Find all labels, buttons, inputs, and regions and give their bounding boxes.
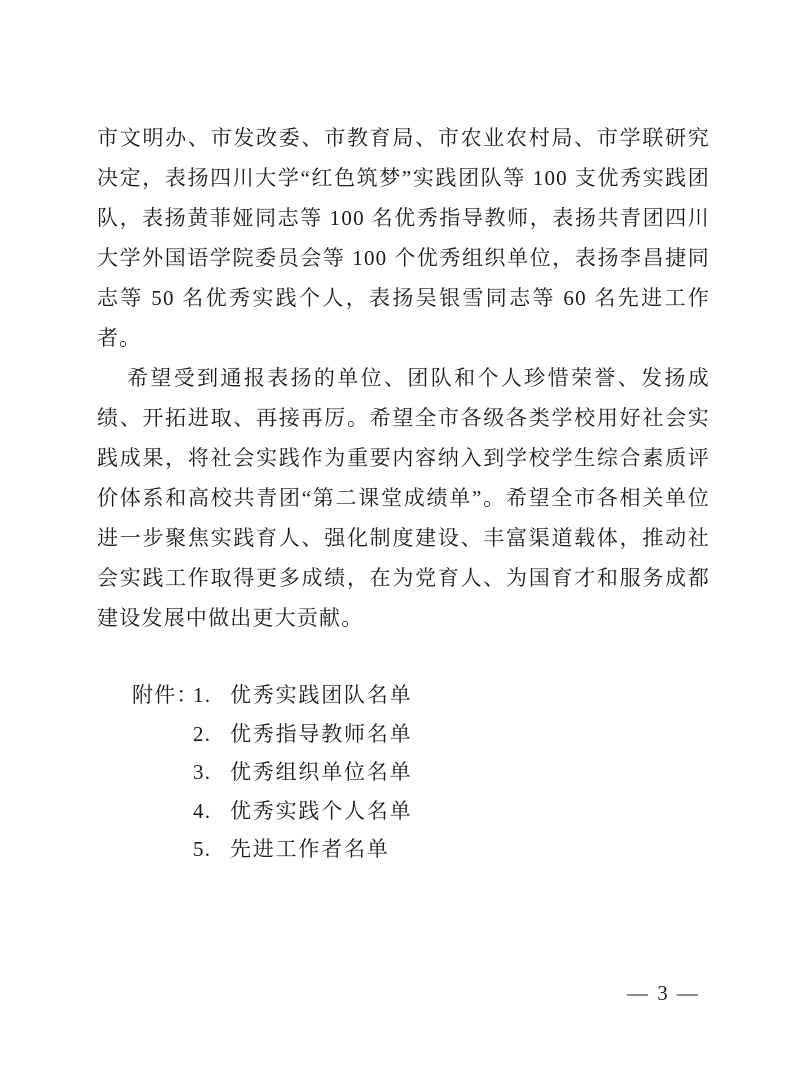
attachment-number: 5.: [193, 830, 230, 869]
document-body: 市文明办、市发改委、市教育局、市农业农村局、市学联研究决定，表扬四川大学“红色筑…: [97, 118, 710, 869]
attachment-title: 优秀实践个人名单: [230, 792, 710, 831]
attachment-title: 优秀实践团队名单: [230, 676, 710, 715]
attachment-item: 4. 优秀实践个人名单: [97, 792, 710, 831]
attachment-number: 4.: [193, 792, 230, 831]
attachment-title: 先进工作者名单: [230, 830, 710, 869]
paragraph-hope-statement: 希望受到通报表扬的单位、团队和个人珍惜荣誉、发扬成绩、开拓进取、再接再厉。希望全…: [97, 358, 710, 638]
attachments-label: 附件：: [132, 676, 193, 715]
paragraph-commendation-list: 市文明办、市发改委、市教育局、市农业农村局、市学联研究决定，表扬四川大学“红色筑…: [97, 118, 710, 358]
attachment-item: 5. 先进工作者名单: [97, 830, 710, 869]
attachment-item: 2. 优秀指导教师名单: [97, 715, 710, 754]
page-number: — 3 —: [627, 981, 700, 1006]
attachment-item: 3. 优秀组织单位名单: [97, 753, 710, 792]
attachment-number: 3.: [193, 753, 230, 792]
attachments-list: 附件： 1. 优秀实践团队名单 2. 优秀指导教师名单 3. 优秀组织单位名单 …: [97, 676, 710, 869]
attachment-title: 优秀指导教师名单: [230, 715, 710, 754]
document-page: 市文明办、市发改委、市教育局、市农业农村局、市学联研究决定，表扬四川大学“红色筑…: [0, 0, 786, 1080]
attachment-number: 1.: [193, 676, 230, 715]
attachment-number: 2.: [193, 715, 230, 754]
attachment-title: 优秀组织单位名单: [230, 753, 710, 792]
attachment-item: 附件： 1. 优秀实践团队名单: [97, 676, 710, 715]
